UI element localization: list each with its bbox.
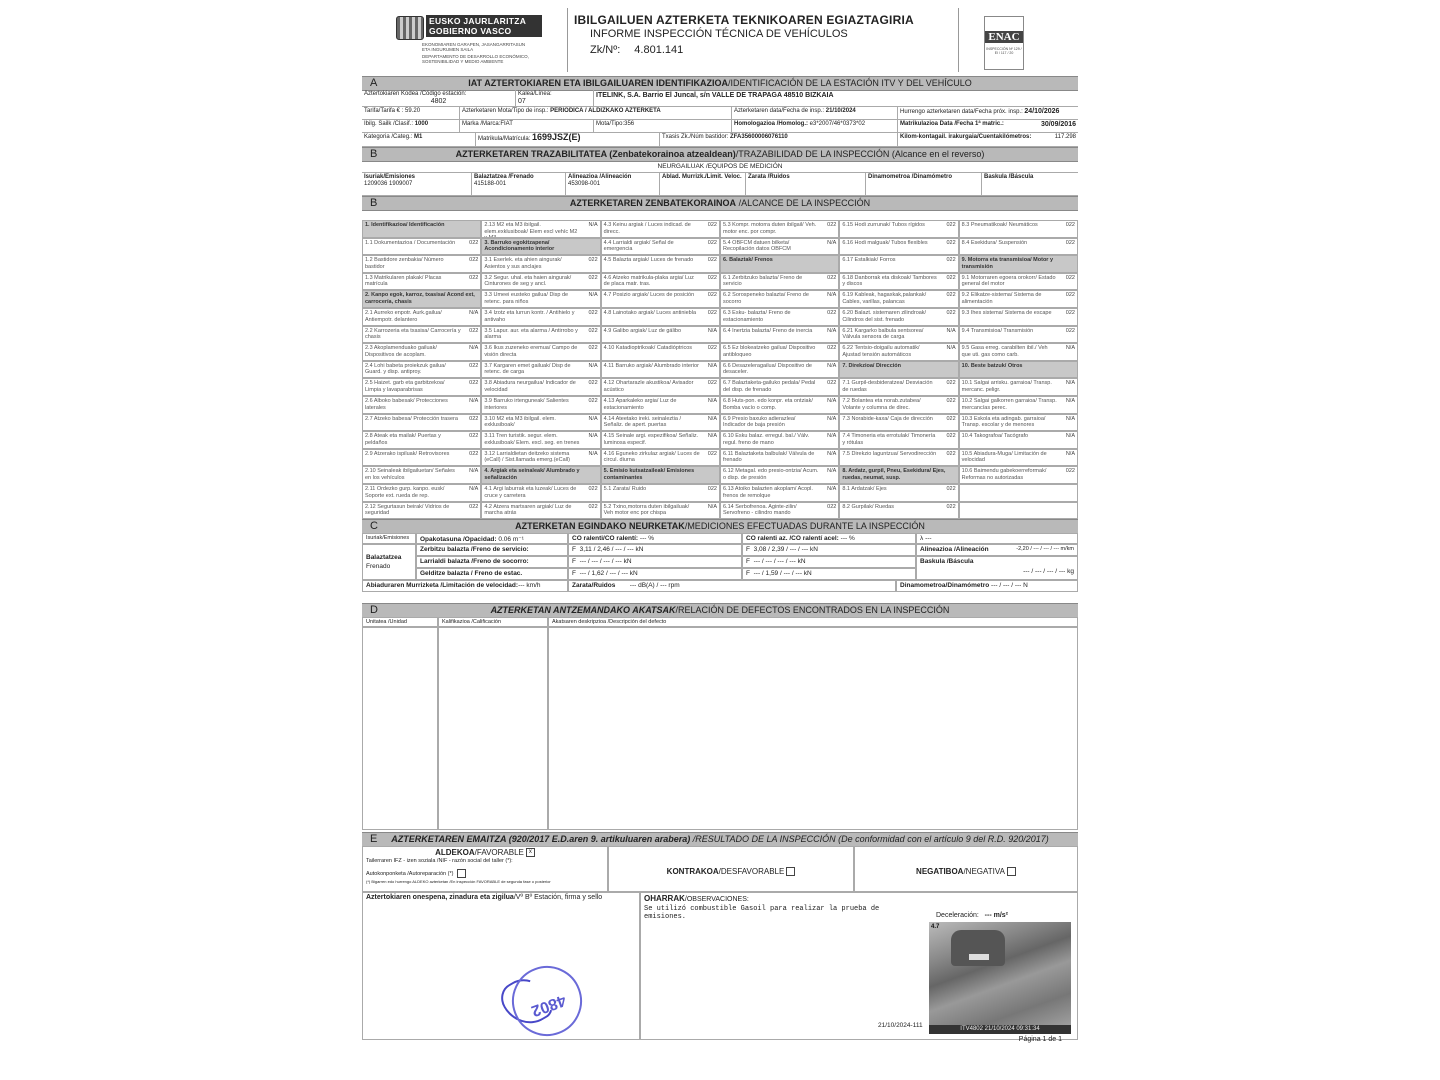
line-number: 07 — [518, 98, 591, 105]
scope-item: 2.6 Alboko babesak/ Protecciones lateral… — [362, 396, 481, 414]
scope-item: 4.13 Aparkaleko argia/ Luz de estacionam… — [601, 396, 720, 414]
favorable-checkbox[interactable]: x — [526, 848, 535, 857]
scope-item: 2.11 Ordezko gurp. kanpo. eusk/ Soporte … — [362, 484, 481, 502]
scope-result: 022 — [1066, 222, 1075, 229]
scope-item: 2.8 Ateak eta mailak/ Puertas y peldaños… — [362, 431, 481, 449]
scope-item: 4.8 Lainotako argiak/ Luces antiniebla02… — [601, 308, 720, 326]
scale-value: --- / --- / --- / --- kg — [920, 568, 1074, 575]
scope-result: N/A — [469, 486, 478, 493]
scope-item: 2.4 Lohi babeta proiekzuk gailua/ Guard.… — [362, 361, 481, 379]
report-header: EUSKO JAURLARITZA GOBIERNO VASCO EKONOMI… — [362, 6, 1078, 74]
scope-item: 5.1 Zarata/ Ruido022 — [601, 484, 720, 502]
unfavorable-block: KONTRAKOA/DESFAVORABLE — [608, 846, 854, 892]
scope-result: N/A — [1066, 433, 1075, 440]
scope-result: 022 — [946, 416, 955, 423]
scope-group-header: 5. Emisio kutsatzaileak/ Emisiones conta… — [601, 466, 720, 484]
scope-item: 6.20 Balazt. sistemaren zilindroak/ Cili… — [839, 308, 958, 326]
scope-result: 022 — [1066, 310, 1075, 317]
negative-block: NEGATIBOA/NEGATIVA — [854, 846, 1078, 892]
scope-item: 2.5 Haizet. garb eta garbitzekoa/ Limpia… — [362, 378, 481, 396]
equipment-cell: Isuriak/Emisiones1209036 1909007 — [362, 173, 472, 195]
col-unit: Unitatea /Unidad — [362, 617, 438, 627]
scope-item: 3.6 Ikus zuzeneko eremua/ Campo de visió… — [481, 343, 600, 361]
scope-result: 022 — [827, 310, 836, 317]
col-rating: Kalifikazioa /Calificación — [438, 617, 548, 627]
scope-result: 022 — [588, 398, 597, 405]
scope-result: 022 — [469, 416, 478, 423]
station-row: Aztertokiaren Kodea /Código estación:480… — [362, 90, 1078, 107]
scope-result: 022 — [827, 222, 836, 229]
section-b-traceability-header: B AZTERKETAREN TRAZABILITATEA (Zenbateko… — [362, 147, 1078, 162]
scope-result: 022 — [588, 380, 597, 387]
scope-item: 2.7 Atzeko babesa/ Protección trasera022 — [362, 414, 481, 432]
scope-item: 5.2 Txino,motorra duten ibilgailuak/ Veh… — [601, 502, 720, 520]
scope-result: 022 — [946, 240, 955, 247]
scope-item: 3.5 Lapur. aur. eta alarma / Antirrobo y… — [481, 326, 600, 344]
tariff: 59.20 — [405, 108, 420, 114]
scope-item: 3.7 Kargaren emet gailuak/ Disp de reten… — [481, 361, 600, 379]
scope-item: 4.10 Katadioptrikoak/ Catadióptricos022 — [601, 343, 720, 361]
dept-eu: EKONOMIAREN GARAPEN, JASANGARRITASUN ETA… — [422, 42, 532, 52]
scope-result: N/A — [708, 416, 717, 423]
scope-item: 9.1 Motorraren egoera orokorr/ Estado ge… — [959, 273, 1078, 291]
scope-result: 022 — [708, 451, 717, 458]
scope-item: 8.2 Gurpilak/ Ruedas022 — [839, 502, 958, 520]
vehicle-class: 1000 — [415, 121, 428, 127]
scope-result: N/A — [1066, 398, 1075, 405]
scope-result: N/A — [827, 486, 836, 493]
scope-result: 022 — [946, 257, 955, 264]
inspection-report-page: EUSKO JAURLARITZA GOBIERNO VASCO EKONOMI… — [362, 6, 1078, 1046]
scope-item: 6.19 Kableak, hagaxkak,palankak/ Cables,… — [839, 290, 958, 308]
noise-value: --- dB(A) / --- rpm — [630, 582, 680, 589]
scope-item: 9.5 Gasa erreg. carabilten ibil./ Veh qu… — [959, 343, 1078, 361]
scope-item: 4.1 Argi laburrak eta luzeak/ Luces de c… — [481, 484, 600, 502]
scope-result: 022 — [1066, 240, 1075, 247]
col-description: Akatsaren deskripzioa /Descripción del d… — [548, 617, 1078, 627]
scope-result: 022 — [946, 451, 955, 458]
inspection-date: 21/10/2024 — [826, 108, 856, 114]
scope-result: N/A — [588, 416, 597, 423]
section-b-scope-header: B AZTERKETAREN ZENBATEKORAINOA /ALCANCE … — [362, 196, 1078, 211]
scope-item: 10.1 Salgai arrisku. garraioa/ Transp. m… — [959, 378, 1078, 396]
scope-item: 4.15 Seinale argi. espezifikoa/ Señaliz.… — [601, 431, 720, 449]
equipment-cell: Baskula /Báscula — [982, 173, 1078, 195]
scope-item: 9.3 Ihes sistema/ Sistema de escape022 — [959, 308, 1078, 326]
speed-limit-value: --- km/h — [518, 582, 540, 589]
scope-item: 6.21 Kargarko balbula sentsorea/ Válvula… — [839, 326, 958, 344]
scope-group-header: 1. Identifikazioa/ Identificación — [362, 220, 481, 238]
scope-item: 9.4 Transmisioa/ Transmisión022 — [959, 326, 1078, 344]
defects-unit-column — [362, 627, 438, 830]
scope-item: 4.11 Barruko argiak/ Alumbrado interiorN… — [601, 361, 720, 379]
scope-item: 4.16 Eguneko zirkulaz argiak/ Luces de c… — [601, 449, 720, 467]
title-block: IBILGAILUEN AZTERKETA TEKNIKOAREN EGIAZT… — [567, 8, 959, 72]
scope-result: N/A — [827, 240, 836, 247]
next-inspection-date: 24/10/2026 — [1024, 108, 1059, 115]
equipment-cell: Ablad. Murrizk./Limit. Veloc. — [660, 173, 746, 195]
scope-item — [959, 502, 1078, 520]
scope-item: 3.11 Tren turistik. segur. elem. exklusi… — [481, 431, 600, 449]
scope-group-header: 3. Barruko egokitzapena/ Acondicionament… — [481, 238, 600, 256]
scope-result: 022 — [588, 345, 597, 352]
scope-result: 022 — [588, 504, 597, 511]
scope-result: N/A — [827, 292, 836, 299]
scope-result: 022 — [946, 310, 955, 317]
scope-item: 3.10 M2 eta M3 ibilgail. elem. exklusibo… — [481, 414, 600, 432]
scope-result: N/A — [708, 363, 717, 370]
scope-item: 3.4 Izotz eta lurrun kontr. / Antihielo … — [481, 308, 600, 326]
scope-item: 5.3 Kompr. motorra duten ibilgail/ Veh. … — [720, 220, 839, 238]
scope-result: N/A — [469, 345, 478, 352]
scope-item: 6.16 Hodi malguak/ Tubos flexibles022 — [839, 238, 958, 256]
scope-result: N/A — [708, 328, 717, 335]
scope-result: 022 — [708, 222, 717, 229]
scope-result: 022 — [469, 380, 478, 387]
equipment-cell: Dinamometroa /Dinamómetro — [866, 173, 982, 195]
service-brake-f2: 3,08 / 2,39 / --- / --- kN — [754, 546, 818, 553]
government-logo: EUSKO JAURLARITZA GOBIERNO VASCO EKONOMI… — [366, 10, 566, 72]
scope-item — [959, 484, 1078, 502]
scope-result: 022 — [588, 486, 597, 493]
vehicle-model: 356 — [624, 121, 634, 127]
scope-item: 6.22 Tentsio-doigailu automatik/ Ajustad… — [839, 343, 958, 361]
scope-item: 3.2 Segur. uhal. eta haien aingurak/ Cin… — [481, 273, 600, 291]
report-number: Zk/Nº:4.801.141 — [590, 44, 683, 56]
equipment-row: Isuriak/Emisiones1209036 1909007Balaztat… — [362, 173, 1078, 196]
scope-result: 022 — [946, 504, 955, 511]
scope-item: 1.2 Bastidore zenbakia/ Número bastidor0… — [362, 255, 481, 273]
scope-group-header: 4. Argiak eta seinaleak/ Alumbrado y señ… — [481, 466, 600, 484]
scope-result: N/A — [827, 363, 836, 370]
emergency-brake-f1: --- / --- / --- / --- kN — [580, 558, 632, 565]
section-d-header: D AZTERKETAN ANTZEMANDAKO AKATSAK/RELACI… — [362, 603, 1078, 618]
scope-result: 022 — [469, 257, 478, 264]
scope-item: 10.3 Eskola eta adingab. garraioa/ Trans… — [959, 414, 1078, 432]
photo-caption: ITV4802 21/10/2024 09:31:34 — [929, 1025, 1071, 1034]
scope-item: 1.1 Dokumentazioa / Documentación022 — [362, 238, 481, 256]
scope-result: 022 — [469, 240, 478, 247]
scope-result: 022 — [708, 275, 717, 282]
org-name-es: GOBIERNO VASCO — [429, 26, 539, 36]
scope-item: 6.13 Atoiko balazten akoplam/ Acopl. fre… — [720, 484, 839, 502]
scope-result: N/A — [827, 451, 836, 458]
scope-item: 4.14 Ateetako ireki. seinaleztia / Señal… — [601, 414, 720, 432]
scope-result: 022 — [588, 328, 597, 335]
equipment-cell: Balaztatzea /Frenado415188-001 — [472, 173, 566, 195]
scope-result: 022 — [469, 363, 478, 370]
negative-checkbox[interactable] — [1007, 867, 1016, 876]
alignment-value: -2,20 / --- / --- / --- m/km — [1016, 546, 1074, 552]
scope-result: 022 — [708, 292, 717, 299]
homologation: e3*2007/46*0373*02 — [810, 121, 865, 127]
scope-item: 3.3 Umeei eusteko gailua/ Disp de retenc… — [481, 290, 600, 308]
defects-rating-column — [438, 627, 548, 830]
scope-result: 022 — [1066, 328, 1075, 335]
scope-item: 10.2 Salgai galkorren garraioa/ Transp. … — [959, 396, 1078, 414]
scope-result: 022 — [827, 380, 836, 387]
section-e-header: E AZTERKETAREN EMAITZA (920/2017 E.D.are… — [362, 832, 1078, 847]
equipment-cell: Zarata /Ruidos — [746, 173, 866, 195]
odometer: 117.298 — [1055, 134, 1076, 141]
scope-item: 4.7 Posizio argiak/ Luces de posición022 — [601, 290, 720, 308]
scope-result: N/A — [708, 398, 717, 405]
vehicle-photo: 4.7 ITV4802 21/10/2024 09:31:34 — [929, 922, 1071, 1034]
scope-result: 022 — [946, 398, 955, 405]
scope-result: N/A — [827, 416, 836, 423]
scope-result: 022 — [946, 275, 955, 282]
scope-result: N/A — [469, 310, 478, 317]
scope-group-header: 6. Balaztak/ Frenos — [720, 255, 839, 273]
scope-item: 6.2 Sorospeneko balazta/ Freno de socorr… — [720, 290, 839, 308]
scope-result: 022 — [946, 486, 955, 493]
scope-item: 2.1 Aurreko enpotr. Aurk.gailua/ Antiemp… — [362, 308, 481, 326]
scope-item: 10.6 Baimendu gabekoerreformak/ Reformas… — [959, 466, 1078, 484]
scope-item: 9.2 Elikatze-sistema/ Sistema de aliment… — [959, 290, 1078, 308]
scope-result: N/A — [588, 292, 597, 299]
scope-item: 3.1 Eserlek. eta ahien aingurak/ Asiento… — [481, 255, 600, 273]
scope-result: N/A — [946, 328, 955, 335]
scope-item: 5.4 OBFCM datuen bilketa/ Recopilación d… — [720, 238, 839, 256]
scope-item: 6.17 Estalkiak/ Forros022 — [839, 255, 958, 273]
section-a-header: A IAT AZTERTOKIAREN ETA IBILGAILUAREN ID… — [362, 76, 1078, 91]
scope-result: 022 — [469, 504, 478, 511]
scope-item: 1.3 Matrikularen plakak/ Placas matrícul… — [362, 273, 481, 291]
scope-item: 4.12 Ohartarazle akustikoa/ Avisador acú… — [601, 378, 720, 396]
scope-result: 022 — [1066, 275, 1075, 282]
scope-item: 10.5 Abiadura-Muga/ Limitación de veloci… — [959, 449, 1078, 467]
parking-brake-f2: --- / 1,59 / --- / --- kN — [754, 570, 812, 577]
scope-item: 6.3 Esku- balazta/ Freno de estacionamie… — [720, 308, 839, 326]
co-idle-value: --- % — [640, 535, 654, 542]
scope-item: 3.8 Abiadura neurgailua/ Indicador de ve… — [481, 378, 600, 396]
scope-result: 022 — [827, 504, 836, 511]
scope-result: N/A — [469, 398, 478, 405]
scope-item: 6.9 Presio baxuko adierazlea/ Indicador … — [720, 414, 839, 432]
scope-result: 022 — [469, 275, 478, 282]
scope-result: N/A — [588, 451, 597, 458]
scope-item: 6.5 Ez blokeatzeko gailua/ Dispositivo a… — [720, 343, 839, 361]
scope-item: 6.6 Desazeleragailua/ Dispositivo de des… — [720, 361, 839, 379]
station-address: ITELINK, S.A. Barrio El Juncal, s/n VALL… — [594, 90, 1078, 106]
scope-item: 4.4 Larrialdi argiak/ Señal de emergenci… — [601, 238, 720, 256]
scope-result: 022 — [469, 433, 478, 440]
car-image — [951, 930, 1005, 966]
approval-block: Aztertokiaren onespena, zinadura eta zig… — [362, 892, 640, 1040]
scope-item: 6.11 Balaztaketa balbulak/ Válvula de fr… — [720, 449, 839, 467]
scope-result: N/A — [469, 468, 478, 475]
scope-group-header: 10. Beste batzuk/ Otros — [959, 361, 1078, 379]
scope-result: 022 — [708, 240, 717, 247]
scope-result: N/A — [708, 504, 717, 511]
scope-result: 022 — [946, 222, 955, 229]
scope-item: 2.10 Seinaleak ibilgailuetan/ Señales en… — [362, 466, 481, 484]
lambda-value: --- — [925, 535, 932, 542]
scope-item: 3.9 Barruko irtenguneak/ Salientes inter… — [481, 396, 600, 414]
scope-item: 2.2 Karrozeria eta txasisa/ Carrocería y… — [362, 326, 481, 344]
scope-item: 4.9 Galibo argiak/ Luz de gáliboN/A — [601, 326, 720, 344]
scope-item: 8.4 Esekidura/ Suspensión022 — [959, 238, 1078, 256]
service-brake-f1: 3,11 / 2,46 / --- / --- kN — [580, 546, 644, 553]
favorable-block: ALDEKOA/FAVORABLEx Tailerraren IFZ - ize… — [362, 846, 608, 892]
scope-result: N/A — [708, 433, 717, 440]
scope-item: 4.2 Atzera martxaren argiak/ Luz de marc… — [481, 502, 600, 520]
scope-item: 6.15 Hodi zurrunak/ Tubos rígidos022 — [839, 220, 958, 238]
license-plate: 1699JSZ(E) — [532, 133, 581, 142]
enac-badge: ENAC INSPECCIÓN Nº 129 / EI / 117 / 20 — [984, 16, 1024, 70]
scope-result: 022 — [708, 257, 717, 264]
scope-item: 4.3 Keinu argiak / Luces indicad. de dir… — [601, 220, 720, 238]
document-reference: 21/10/2024-111 — [878, 1022, 923, 1029]
scope-item: 2.9 Atzerako ispiluak/ Retrovisores022 — [362, 449, 481, 467]
scope-item: 7.3 Norabide-kaxa/ Caja de dirección022 — [839, 414, 958, 432]
scope-result: 022 — [469, 451, 478, 458]
scope-group-header: 7. Direkzioa/ Dirección — [839, 361, 958, 379]
parking-brake-f1: --- / 1,62 / --- / --- kN — [580, 570, 638, 577]
scope-item: 2.12 Segurtasun beirak/ Vidrios de segur… — [362, 502, 481, 520]
scope-result: 022 — [708, 486, 717, 493]
equipment-cell: Alineazioa /Alineación453098-001 — [566, 173, 660, 195]
scope-result: 022 — [827, 275, 836, 282]
scope-result: N/A — [1066, 451, 1075, 458]
scope-group-header: 9. Motorra eta transmisioa/ Motor y tran… — [959, 255, 1078, 273]
equipment-title: NEURGAILUAK /EQUIPOS DE MEDICIÓN — [658, 163, 783, 170]
scope-item: 3.12 Larrialdietan deitzeko sistema (eCa… — [481, 449, 600, 467]
scope-result: 022 — [946, 380, 955, 387]
scope-result: N/A — [1066, 416, 1075, 423]
scope-result: 022 — [1066, 468, 1075, 475]
scope-item: 4.6 Atzeko matrikula-plaka argia/ Luz de… — [601, 273, 720, 291]
scope-item: 7.4 Timoneria eta errotulak/ Timonería y… — [839, 431, 958, 449]
scope-item: 7.2 Bolantea eta norab.zutabea/ Volante … — [839, 396, 958, 414]
scope-result: N/A — [588, 363, 597, 370]
scope-item: 7.5 Direkzio laguntzua/ Servodirección02… — [839, 449, 958, 467]
scope-item: 6.7 Balaztaketa-gailuko pedala/ Pedal de… — [720, 378, 839, 396]
dyno-value: --- / --- / --- N — [991, 582, 1028, 589]
dept-es: DEPARTAMENTO DE DESARROLLO ECONÓMICO, SO… — [422, 54, 532, 64]
station-code: 4802 — [364, 98, 513, 105]
section-c-header: C AZTERKETAN EGINDAKO NEURKETAK/MEDICION… — [362, 519, 1078, 534]
scope-item: 6.8 Huts-pon. edo konpr. eta ontziak/ Bo… — [720, 396, 839, 414]
scope-result: 022 — [588, 257, 597, 264]
emergency-brake-f2: --- / --- / --- / --- kN — [754, 558, 806, 565]
unfavorable-checkbox[interactable] — [786, 867, 795, 876]
scope-result: N/A — [588, 222, 597, 229]
scope-group-header: 2. Kanpo egok, karroz, txasisa/ Acond ex… — [362, 290, 481, 308]
title-spanish: INFORME INSPECCIÓN TÉCNICA DE VEHÍCULOS — [590, 28, 848, 40]
scope-result: 022 — [588, 310, 597, 317]
scope-item: 4.5 Balazta argiak/ Luces de frenado022 — [601, 255, 720, 273]
scope-item: 2.3 Akoplamenduako gailuak/ Dispositivos… — [362, 343, 481, 361]
scope-result: N/A — [946, 345, 955, 352]
scope-result: N/A — [827, 398, 836, 405]
scope-item: 6.10 Esku balaz. erregul. bal./ Válv. re… — [720, 431, 839, 449]
observations-text: Se utilizó combustible Gasoil para reali… — [644, 905, 904, 921]
scope-result: 022 — [946, 292, 955, 299]
scope-item: 6.18 Danborrak eta diskoak/ Tambores y d… — [839, 273, 958, 291]
scope-item: 6.12 Metagal. edo presio-ontzia/ Acum. o… — [720, 466, 839, 484]
self-repair-checkbox[interactable] — [457, 869, 466, 878]
vehicle-brand: FIAT — [500, 121, 513, 127]
scope-result: 022 — [1066, 292, 1075, 299]
scope-result: N/A — [1066, 345, 1075, 352]
scope-result: N/A — [1066, 380, 1075, 387]
deceleration: Deceleración: --- m/s² — [936, 912, 1008, 919]
scope-result: 022 — [946, 433, 955, 440]
scope-result: N/A — [827, 433, 836, 440]
scope-result: 022 — [708, 345, 717, 352]
registration-date: 30/09/2016 — [1041, 121, 1076, 128]
scope-item: 2.13 M2 eta M3 ibilgail. elem.exklusiboa… — [481, 220, 600, 238]
org-name-eu: EUSKO JAURLARITZA — [429, 16, 539, 26]
scope-item: 10.4 Takografoa/ TacógrafoN/A — [959, 431, 1078, 449]
scope-result: 022 — [469, 328, 478, 335]
scope-result: 022 — [827, 345, 836, 352]
scope-result: N/A — [588, 433, 597, 440]
scope-result: 022 — [708, 310, 717, 317]
page-number: Página 1 de 1 — [1019, 1036, 1062, 1043]
scope-item: 6.4 Inertzia balazta/ Freno de inerciaN/… — [720, 326, 839, 344]
vehicle-category: M1 — [414, 134, 422, 140]
scope-result: 022 — [588, 275, 597, 282]
scope-group-header: 8. Ardatz, gurpil, Pneu, Esekidura/ Ejes… — [839, 466, 958, 484]
scope-item: 6.1 Zerbitzuko balazta/ Freno de servici… — [720, 273, 839, 291]
scope-item: 7.1 Gurpil-desbideratzea/ Desviación de … — [839, 378, 958, 396]
scope-result: N/A — [827, 468, 836, 475]
scope-result: 022 — [708, 380, 717, 387]
scope-item: 8.3 Pneumatikoak/ Neumáticos022 — [959, 220, 1078, 238]
scope-item: 8.1 Ardatzak/ Ejes022 — [839, 484, 958, 502]
defects-description-column — [548, 627, 1078, 830]
opacity-value: 0.06 — [498, 536, 511, 543]
co-accel-value: --- % — [841, 535, 855, 542]
vin-number: ZFA35600006076110 — [730, 134, 788, 140]
coat-of-arms-icon — [396, 16, 424, 40]
title-basque: IBILGAILUEN AZTERKETA TEKNIKOAREN EGIAZT… — [574, 13, 914, 27]
inspection-type: PERIODICA / ALDIZKAKO AZTERKETA — [550, 108, 661, 114]
scope-item: 6.14 Serbofrenoa. Aginte-zilin/ Servofre… — [720, 502, 839, 520]
scope-result: N/A — [827, 328, 836, 335]
